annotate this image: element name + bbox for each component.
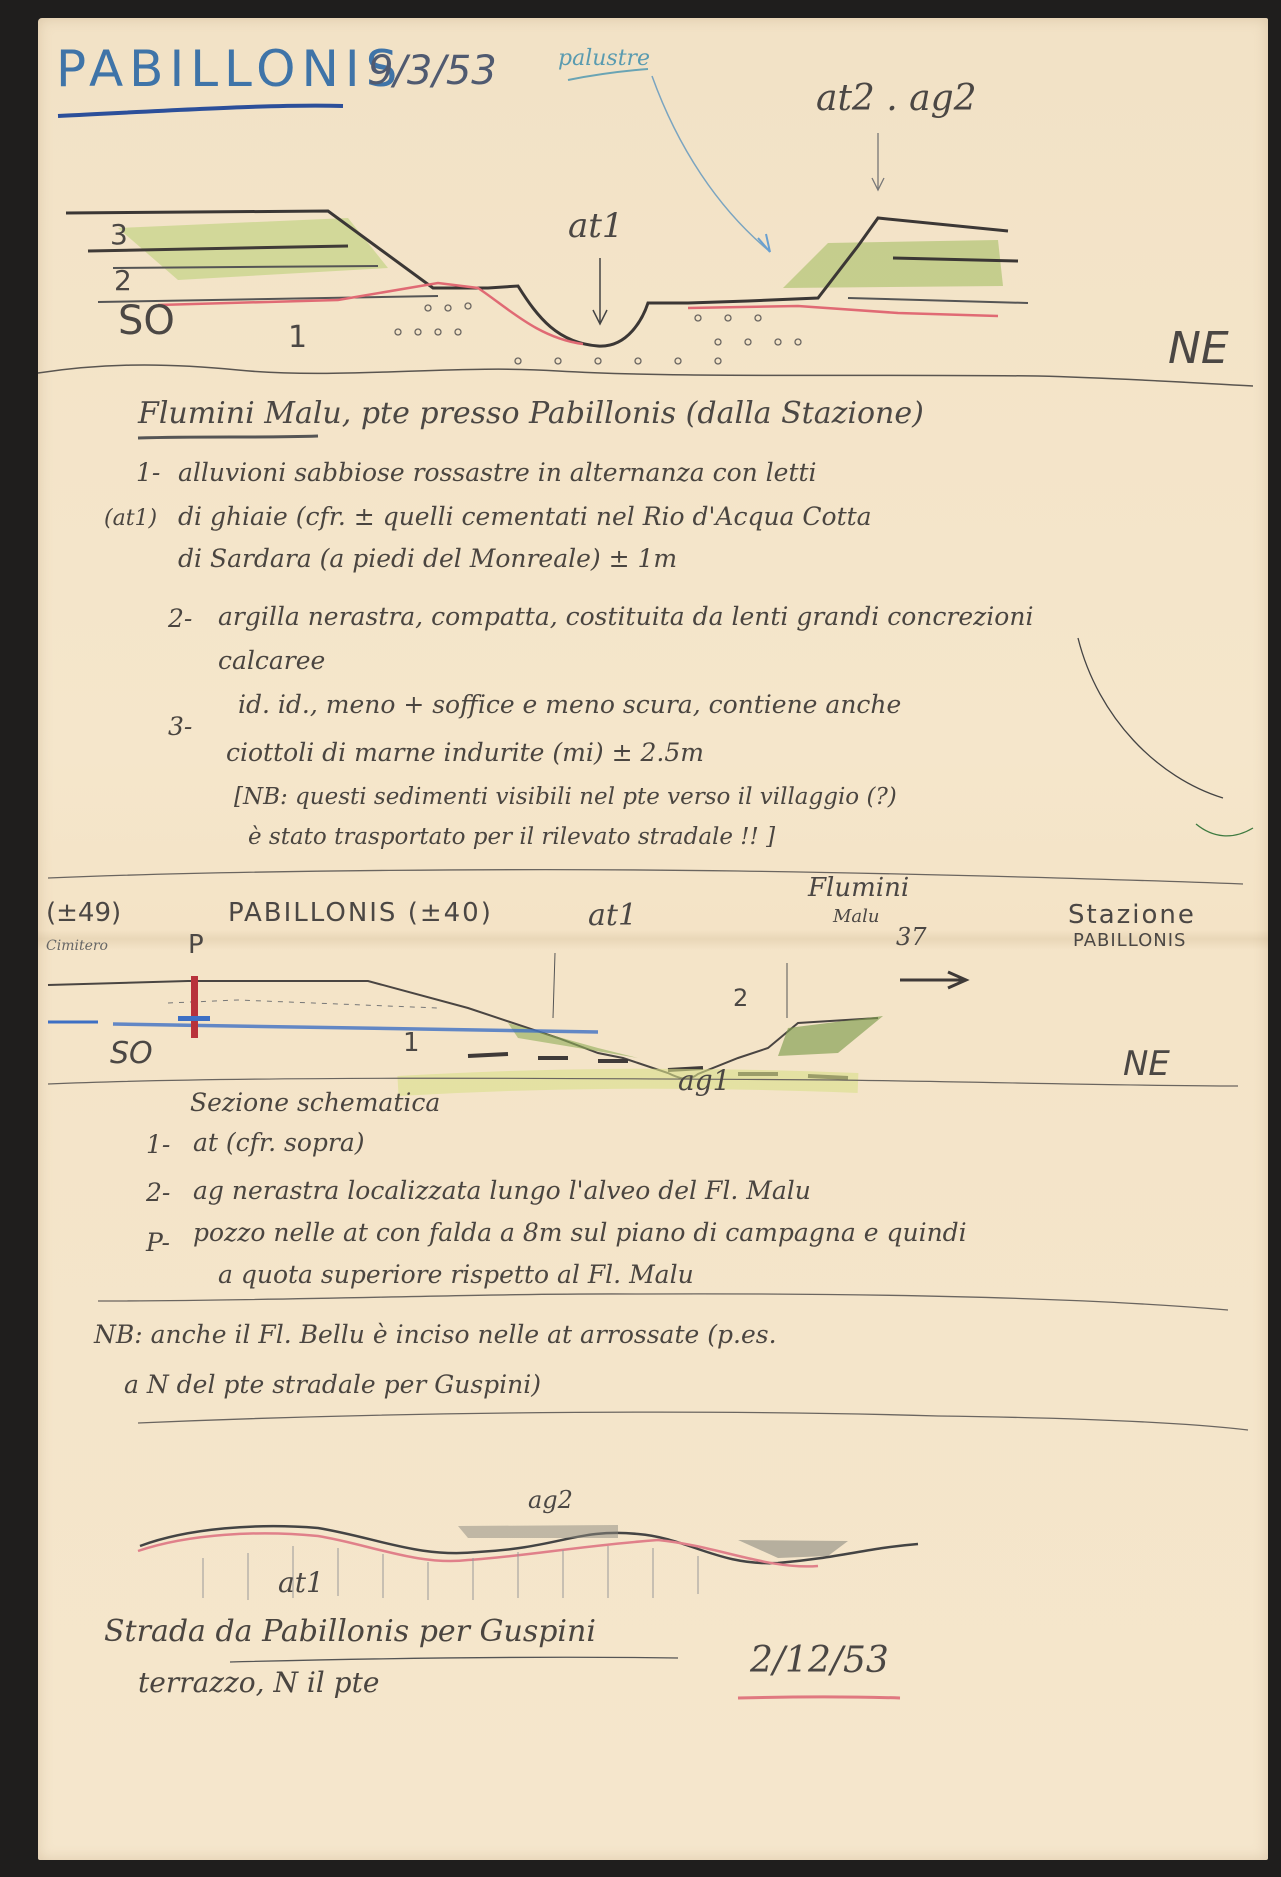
section2-direction-so: SO	[110, 1036, 153, 1071]
section3-caption-line2: terrazzo, N il pte	[138, 1666, 379, 1699]
section3-ag2: ag2	[528, 1486, 573, 1514]
pabillonis-elevation: PABILLONIS (±40)	[228, 898, 493, 928]
flumini-label: Flumini	[808, 873, 909, 903]
direction-so: SO	[118, 298, 175, 344]
item3-number: 3-	[168, 712, 192, 741]
layer-2-label: 2	[114, 264, 132, 297]
stazione-label: Stazione	[1068, 900, 1196, 930]
cimitero-label: Cimitero	[46, 938, 108, 954]
section2-item2-text: ag nerastra localizzata lungo l'alveo de…	[193, 1176, 811, 1205]
section2-itemP-number: P-	[146, 1228, 170, 1257]
malu-label: Malu	[833, 906, 880, 927]
section3-at1: at1	[278, 1566, 324, 1599]
elevation-left: (±49)	[46, 898, 121, 928]
section2-layer-1: 1	[403, 1028, 420, 1058]
stazione-name: PABILLONIS	[1073, 930, 1186, 951]
page-title: PABILLONIS	[56, 40, 403, 98]
section1-nb-line2: è stato trasportato per il rilevato stra…	[248, 824, 775, 850]
section2-itemP-line1: pozzo nelle at con falda a 8m sul piano …	[193, 1218, 967, 1247]
section3-date: 2/12/53	[750, 1640, 889, 1681]
layer-3-label: 3	[110, 218, 128, 251]
section2-layer-2: 2	[733, 984, 748, 1012]
direction-ne: NE	[1168, 323, 1229, 374]
section2-item2-number: 2-	[146, 1178, 170, 1207]
annotation-at2-ag2: at2 . ag2	[816, 78, 977, 119]
item2-line2: calcaree	[218, 646, 325, 675]
section2-itemP-line2: a quota superiore rispetto al Fl. Malu	[218, 1260, 694, 1289]
item3-line2: ciottoli di marne indurite (mi) ± 2.5m	[226, 738, 704, 767]
item2-number: 2-	[168, 604, 192, 633]
annotation-palustre: palustre	[558, 46, 650, 71]
notebook-page: PABILLONIS 9/3/53 palustre at2 . ag2 at1…	[38, 18, 1268, 1860]
section1-nb-line1: [NB: questi sedimenti visibili nel pte v…	[234, 784, 897, 810]
section2-ag1: ag1	[678, 1064, 730, 1097]
page-date: 9/3/53	[368, 48, 497, 94]
section2-item1-text: at (cfr. sopra)	[193, 1128, 365, 1157]
item2-line1: argilla nerastra, compatta, costituita d…	[218, 602, 1033, 631]
section2-direction-ne: NE	[1123, 1044, 1170, 1084]
item1-line1: alluvioni sabbiose rossastre in alternan…	[178, 458, 817, 487]
item1-side-label: (at1)	[104, 506, 157, 531]
height-37: 37	[896, 923, 927, 951]
section3-caption-line1: Strada da Pabillonis per Guspini	[104, 1614, 596, 1649]
section2-at1: at1	[588, 898, 637, 933]
section2-item1-number: 1-	[146, 1130, 170, 1159]
well-p-label: P	[188, 930, 204, 960]
section2-nb-line2: a N del pte stradale per Guspini)	[124, 1370, 541, 1399]
section2-heading: Sezione schematica	[190, 1088, 440, 1117]
item1-line2: di ghiaie (cfr. ± quelli cementati nel R…	[178, 502, 872, 531]
item1-line3: di Sardara (a piedi del Monreale) ± 1m	[178, 544, 677, 573]
layer-1-label: 1	[288, 320, 307, 355]
annotation-at1: at1	[568, 206, 624, 246]
item1-number: 1-	[136, 458, 160, 487]
section2-nb-line1: NB: anche il Fl. Bellu è inciso nelle at…	[94, 1320, 777, 1349]
item3-line1: id. id., meno + soffice e meno scura, co…	[238, 690, 901, 719]
section1-heading: Flumini Malu, pte presso Pabillonis (dal…	[138, 396, 924, 431]
